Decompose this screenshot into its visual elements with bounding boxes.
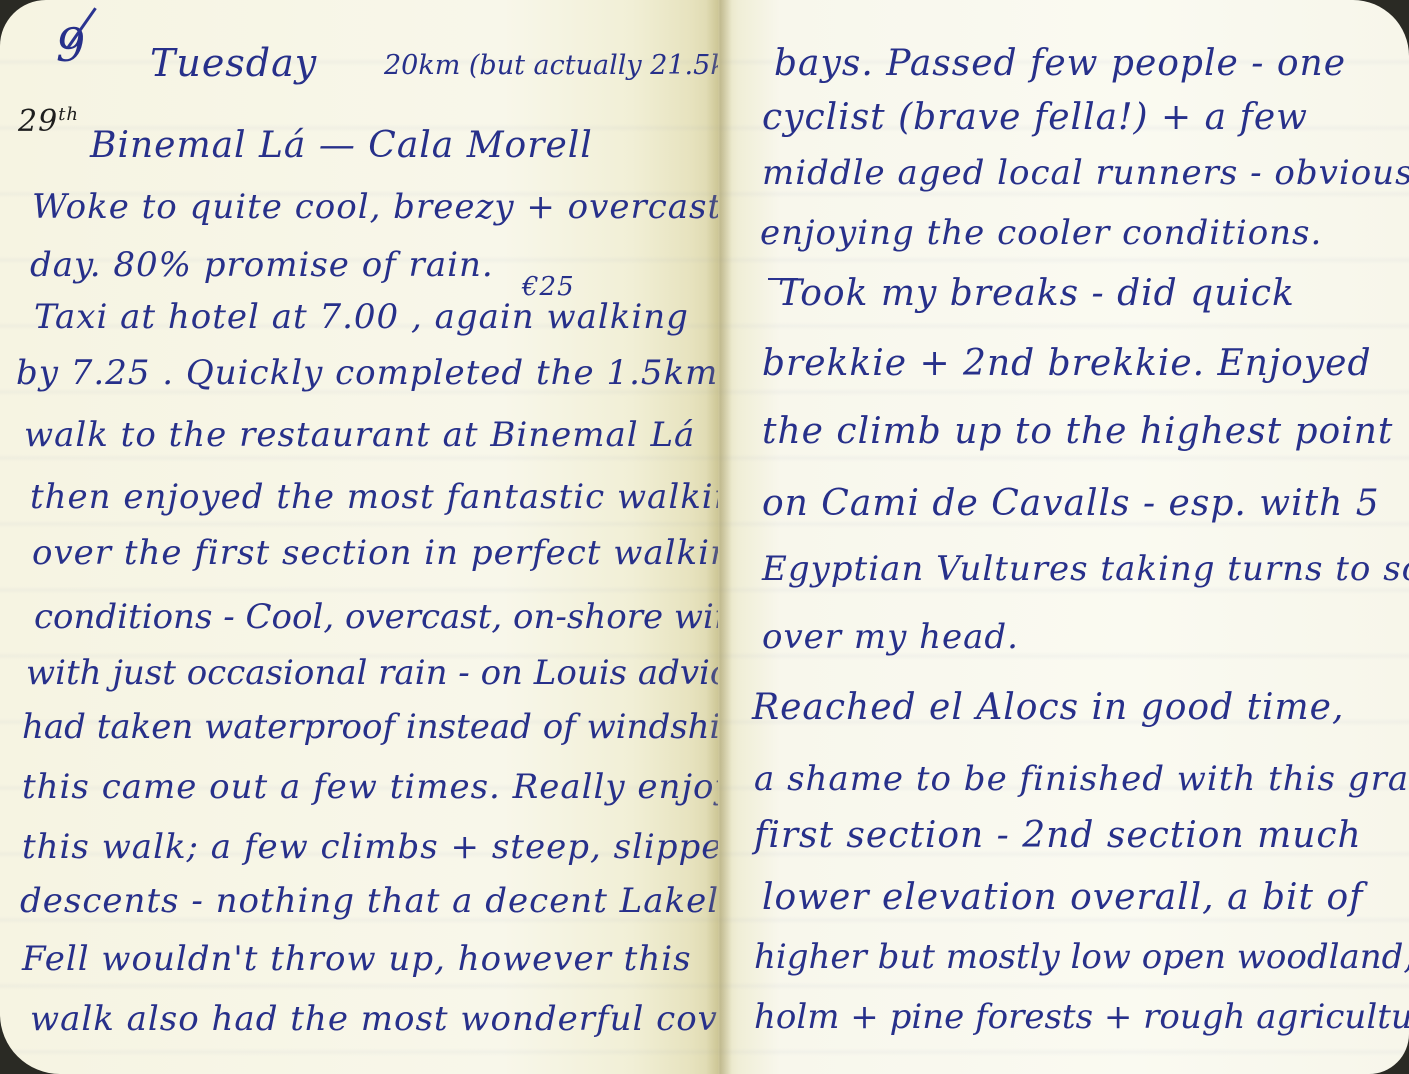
- journal-line: this walk; a few climbs + steep, slipper…: [22, 830, 718, 864]
- journal-line: first section - 2nd section much: [754, 818, 1362, 854]
- journal-line: the climb up to the highest point: [762, 414, 1393, 450]
- entry-day: Tuesday: [150, 44, 317, 82]
- journal-line: Taxi at hotel at 7.00 , again walking: [34, 300, 689, 334]
- journal-line: had taken waterproof instead of windshir…: [22, 710, 718, 744]
- journal-line: holm + pine forests + rough agricultural: [754, 1000, 1409, 1034]
- entry-distance: 20km (but actually 21.5km): [384, 52, 718, 79]
- journal-line: day. 80% promise of rain.: [30, 248, 494, 282]
- entry-route: Binemal Lá — Cala Morell: [90, 128, 593, 164]
- journal-line: a shame to be finished with this grand: [754, 762, 1409, 796]
- journal-line: over the first section in perfect walkin…: [32, 536, 718, 570]
- journal-line: Fell wouldn't throw up, however this: [22, 942, 692, 976]
- journal-line: walk also had the most wonderful coves,: [30, 1002, 718, 1036]
- journal-line: descents - nothing that a decent Lakelan…: [20, 884, 718, 918]
- journal-line: cyclist (brave fella!) + a few: [762, 100, 1308, 136]
- journal-line: over my head.: [762, 620, 1019, 654]
- journal-line: Woke to quite cool, breezy + overcast: [32, 190, 718, 224]
- journal-line: bays. Passed few people - one: [774, 46, 1346, 82]
- journal-line: with just occasional rain - on Louis adv…: [26, 656, 718, 690]
- journal-line: brekkie + 2nd brekkie. Enjoyed: [762, 346, 1372, 382]
- journal-line: on Cami de Cavalls - esp. with 5: [762, 486, 1380, 522]
- journal-line: enjoying the cooler conditions.: [760, 216, 1322, 250]
- entry-date: 29th: [18, 104, 79, 139]
- date-suffix: th: [58, 104, 79, 125]
- journal-line: Took my breaks - did quick: [778, 276, 1295, 312]
- journal-line: lower elevation overall, a bit of: [762, 880, 1363, 916]
- journal-line: Reached el Alocs in good time,: [752, 690, 1344, 726]
- open-notebook: 9 29th Tuesday 20km (but actually 21.5km…: [0, 0, 1409, 1074]
- journal-line: higher but mostly low open woodland,: [754, 940, 1409, 974]
- journal-line: by 7.25 . Quickly completed the 1.5km: [16, 356, 718, 390]
- journal-line: then enjoyed the most fantastic walking: [30, 480, 718, 514]
- journal-line: middle aged local runners - obviously: [762, 156, 1409, 190]
- left-page: 9 29th Tuesday 20km (but actually 21.5km…: [0, 0, 718, 1074]
- journal-line: conditions - Cool, overcast, on-shore wi…: [34, 600, 718, 634]
- right-page: bays. Passed few people - one cyclist (b…: [718, 0, 1409, 1074]
- journal-line: walk to the restaurant at Binemal Lá: [24, 418, 695, 452]
- journal-line: this came out a few times. Really enjoye…: [22, 770, 718, 804]
- date-day-number: 29: [18, 104, 58, 139]
- journal-line: Egyptian Vultures taking turns to soar: [762, 552, 1409, 586]
